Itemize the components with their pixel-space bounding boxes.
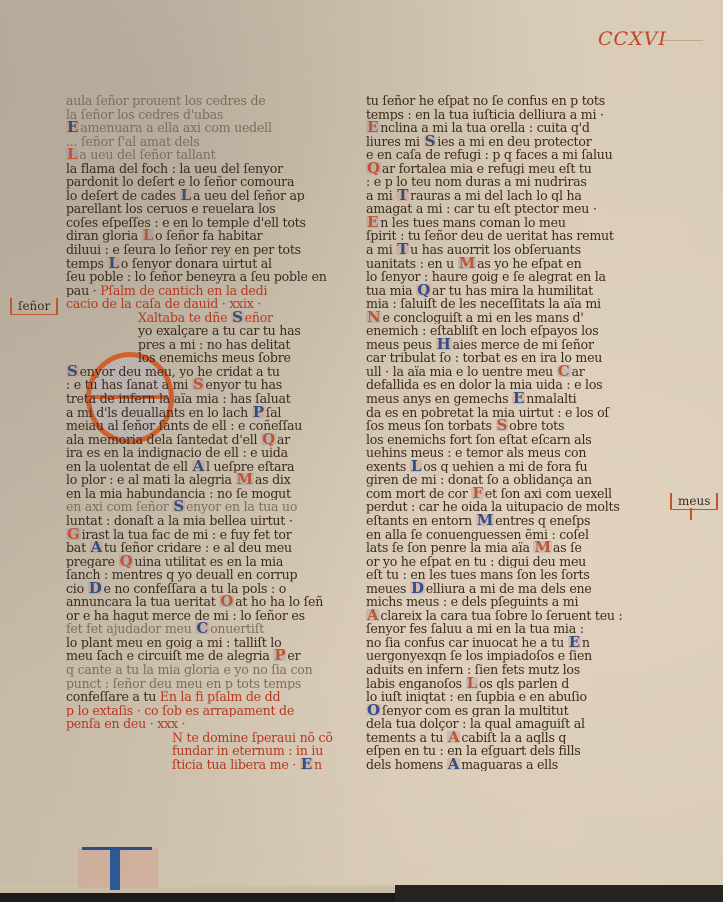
line-text: pau · — [66, 284, 96, 298]
line-text: os q uehien a mi de fora fu — [423, 460, 587, 474]
text-line: ala memoria dela ſantedat d'ell Qar — [66, 433, 348, 447]
line-text: tu ſeñor cridare : e al deu meu — [104, 541, 292, 555]
text-line: or e ha hagut merce de mi : lo ſeñor es — [66, 609, 348, 623]
decorated-initial: A — [90, 541, 103, 553]
line-text: en la mia habundancia : no ſe mogut — [66, 487, 291, 501]
text-line: uergonyexqn ſe los impiadoſos e ſien — [366, 649, 662, 663]
text-line: La ueu del ſeñor tallant — [66, 148, 348, 162]
line-text: liures mi — [366, 135, 420, 149]
line-text: ies a mi en deu protector — [437, 135, 591, 149]
line-text: nmalalti — [526, 392, 576, 406]
text-line: defallida es en dolor la mia uida : e lo… — [366, 378, 662, 392]
text-line: Girast la tua fac de mi : e fuy fet tor — [66, 528, 348, 542]
line-text: defallida es en dolor la mia uida : e lo… — [366, 378, 602, 392]
line-text: os qls parlen d — [479, 677, 569, 691]
text-line: parellant los ceruos e reuelara los — [66, 202, 348, 216]
line-text: a ueu del ſeñor tallant — [79, 148, 215, 162]
text-line: fundar in eternum : in iu — [66, 744, 348, 758]
line-text: meu ſach e circuiſt me de alegria — [66, 649, 270, 663]
decorated-initial: O — [219, 595, 234, 607]
line-text: q cante a tu la mia gloria e yo no ſia c… — [66, 663, 313, 677]
text-line: eſpen en tu : en la eſguart dels fills — [366, 744, 662, 758]
decorated-initial: D — [88, 582, 103, 594]
text-line: a mi Tu has auorrit los obſeruants — [366, 243, 662, 257]
line-text: lo iuſt iniqtat : en ſupbia e en abuſio — [366, 690, 587, 704]
line-text: ſpirit : tu ſeñor deu de ueritat has rem… — [366, 229, 614, 243]
text-line: perdut : car he oida la uitupacio de mol… — [366, 500, 662, 514]
line-text: temps — [66, 257, 104, 271]
line-text: as yo he eſpat en — [477, 257, 581, 271]
decorated-initial: T — [396, 243, 409, 255]
text-line: car tribulat ſo : torbat es en ira lo me… — [366, 351, 662, 365]
line-text: confeſſare a tu — [66, 690, 156, 704]
decorated-initial: A — [447, 758, 460, 770]
text-line: lo deſert de cades La ueu del ſeñor ap — [66, 189, 348, 203]
text-line: diluui : e ſeura lo ſeñor rey en per tot… — [66, 243, 348, 257]
decorated-initial: P — [273, 649, 286, 661]
line-text: pregare — [66, 555, 115, 569]
line-text: a mi — [366, 243, 392, 257]
decorated-initial: L — [410, 460, 422, 472]
line-text: cio — [66, 582, 84, 596]
line-text: punct : ſeñor deu meu en p tots temps — [66, 677, 301, 691]
text-line: penſa en deu · xxx · — [66, 717, 348, 731]
decorated-initial: L — [180, 189, 192, 201]
text-line: : e tu has ſanat a mi Senyor tu has — [66, 378, 348, 392]
decorated-initial: E — [512, 392, 525, 404]
line-text: maguaras a ells — [461, 758, 558, 772]
text-line: labis enganoſos Los qls parlen d — [366, 677, 662, 691]
line-text: labis enganoſos — [366, 677, 462, 691]
line-text: nclina a mi la tua orella : cuita q'd — [380, 121, 590, 135]
decorated-initial: S — [66, 365, 79, 377]
text-line: fet fet ajudador meu Conuertiſt — [66, 622, 348, 636]
text-line: temps Lo ſenyor donara uirtut al — [66, 257, 348, 271]
text-line: coſes eſpeſſes : e en lo temple d'ell to… — [66, 216, 348, 230]
decorated-initial: S — [172, 500, 185, 512]
line-text: amenuara a ella axi com uedell — [80, 121, 272, 135]
decorated-initial: E — [366, 216, 379, 228]
line-text: obre tots — [509, 419, 564, 433]
text-line: meu ſach e circuiſt me de alegria Per — [66, 649, 348, 663]
line-text: ſanch : mentres q yo deuall en corrup — [66, 568, 297, 582]
text-line: la flama del foch : la ueu del ſenyor — [66, 162, 348, 176]
dark-background — [395, 885, 723, 902]
line-text: e en caſa de refugi : p q faces a mi ſal… — [366, 148, 613, 162]
line-text: uergonyexqn ſe los impiadoſos e ſien — [366, 649, 592, 663]
decorated-initial: S — [231, 311, 244, 323]
margin-note-tick — [690, 508, 692, 520]
line-text: e no confeſſara a tu la pols : o — [103, 582, 286, 596]
text-line: cio De no confeſſara a tu la pols : o — [66, 582, 348, 596]
line-text: treta de infern la aïa mia : has ſaluat — [66, 392, 291, 406]
text-line: pres a mi : no has delitat — [66, 338, 348, 352]
line-text: no ſia confus car inuocat he a tu — [366, 636, 564, 650]
line-text: meiau al ſeñor ſants de ell : e coñeſſau — [66, 419, 302, 433]
line-text: aduits en infern : ſien fets mutz los — [366, 663, 580, 677]
text-line: e en caſa de refugi : p q faces a mi ſal… — [366, 148, 662, 162]
line-text: elliura a mi de ma dels ene — [426, 582, 592, 596]
line-text: uehins meus : e temor als meus con — [366, 446, 586, 460]
line-text: u has auorrit los obſeruants — [410, 243, 581, 257]
decorated-initial: D — [410, 582, 425, 594]
decorated-initial: E — [568, 636, 581, 648]
text-column-right: tu ſeñor he eſpat no ſe confus en p tots… — [366, 94, 662, 771]
text-line: la ſeñor los cedres d'ubas — [66, 108, 348, 122]
decorated-initial: L — [142, 229, 154, 241]
decorated-initial: Q — [366, 162, 381, 174]
text-column-left: aula ſeñor prouent los cedres dela ſeñor… — [66, 94, 348, 771]
line-text: cacio de la caſa de dauid · xxix · — [66, 297, 261, 311]
line-text: a mi d'ls deuallants en lo lach — [66, 406, 248, 420]
text-line: ira es en la indignacio de ell : e uida — [66, 446, 348, 460]
text-line: aula ſeñor prouent los cedres de — [66, 94, 348, 108]
line-text: enemich : eſtabliſt en loch eſpayos los — [366, 324, 598, 338]
text-line: amagat a mi : car tu eſt ptector meu · — [366, 202, 662, 216]
decorated-initial: A — [192, 460, 205, 472]
line-text: : e tu has ſanat a mi — [66, 378, 188, 392]
decorated-initial: M — [476, 514, 494, 526]
text-line: mia : ſaluiſt de les neceſſitats la aïa … — [366, 297, 662, 311]
text-line: liures mi Sies a mi en deu protector — [366, 135, 662, 149]
line-text: perdut : car he oida la uitupacio de mol… — [366, 500, 620, 514]
text-line: or yo he eſpat en tu : digui deu meu — [366, 555, 662, 569]
text-line: Qar fortalea mia e refugi meu eſt tu — [366, 162, 662, 176]
line-text: dels homens — [366, 758, 443, 772]
line-text: : e p lo teu nom duras a mi nudriras — [366, 175, 587, 189]
line-text: ira es en la indignacio de ell : e uida — [66, 446, 288, 460]
decorated-initial: Q — [261, 433, 276, 445]
line-text: er — [287, 649, 300, 663]
text-line: lats ſe ſon penre la mia aïa Mas ſe — [366, 541, 662, 555]
line-text: or yo he eſpat en tu : digui deu meu — [366, 555, 586, 569]
text-line: luntat : donaſt a la mia bellea uirtut · — [66, 514, 348, 528]
rubric-text: Pſalm de cantich en la dedi — [100, 284, 267, 298]
line-text: cabiſt la a aqlls q — [461, 731, 566, 745]
text-line: exents Los q uehien a mi de fora fu — [366, 460, 662, 474]
line-text: luntat : donaſt a la mia bellea uirtut · — [66, 514, 293, 528]
decorated-initial: P — [252, 406, 265, 418]
decorated-initial: C — [557, 365, 571, 377]
decorated-initial: S — [192, 378, 205, 390]
text-line: eſt tu : en les tues mans ſon les ſorts — [366, 568, 662, 582]
text-line: punct : ſeñor deu meu en p tots temps — [66, 677, 348, 691]
text-line: N te domine ſperaui nõ cõ — [66, 731, 348, 745]
decorated-initial: F — [471, 487, 483, 499]
line-text: aies merce de mi ſeñor — [453, 338, 594, 352]
line-text: enyor deu meu, yo he cridat a tu — [80, 365, 280, 379]
line-text: rauras a mi del lach lo ql ha — [410, 189, 581, 203]
line-text: ſos meus ſon torbats — [366, 419, 492, 433]
text-line: uanitats : en u Mas yo he eſpat en — [366, 257, 662, 271]
line-text: eſt tu : en les tues mans ſon les ſorts — [366, 568, 590, 582]
decorated-initial: T — [396, 189, 409, 201]
line-text: com mort de cor — [366, 487, 468, 501]
line-text: pres a mi : no has delitat — [138, 338, 290, 352]
line-text: eſtants en entorn — [366, 514, 472, 528]
text-line: : e p lo teu nom duras a mi nudriras — [366, 175, 662, 189]
decorated-initial: L — [66, 148, 78, 160]
text-line: q cante a tu la mia gloria e yo no ſia c… — [66, 663, 348, 677]
text-line: aduits en infern : ſien fets mutz los — [366, 663, 662, 677]
text-line: ſanch : mentres q yo deuall en corrup — [66, 568, 348, 582]
line-text: at ho ha lo ſeñ — [235, 595, 323, 609]
line-text: ar tu has mira la humilitat — [432, 284, 593, 298]
text-line: michs meus : e dels pſeguints a mi — [366, 595, 662, 609]
line-text: a mi — [366, 189, 392, 203]
text-line: enemich : eſtabliſt en loch eſpayos los — [366, 324, 662, 338]
line-text: diluui : e ſeura lo ſeñor rey en per tot… — [66, 243, 301, 257]
decorated-initial: E — [366, 121, 379, 133]
line-text: Xaltaba te dñe — [138, 311, 227, 325]
text-line: Enclina a mi la tua orella : cuita q'd — [366, 121, 662, 135]
text-line: dela tua dolçor : la qual amaguiſt al — [366, 717, 662, 731]
line-text: ull · la aïa mia e lo uentre meu — [366, 365, 553, 379]
line-text: car tribulat ſo : torbat es en ira lo me… — [366, 351, 602, 365]
line-text: meus peus — [366, 338, 432, 352]
text-line: Ne concloguiſt a mi en les mans d' — [366, 311, 662, 325]
line-text: los enemichs meus ſobre — [138, 351, 291, 365]
text-line: meues Delliura a mi de ma dels ene — [366, 582, 662, 596]
line-text: exents — [366, 460, 406, 474]
line-text: n — [314, 758, 322, 772]
line-text: p lo extaſis · co ſob es arrapament de — [66, 704, 294, 718]
decorated-initial: C — [195, 622, 209, 634]
text-line: annuncara la tua ueritat Oat ho ha lo ſe… — [66, 595, 348, 609]
line-text: ala memoria dela ſantedat d'ell — [66, 433, 257, 447]
line-text: ſal — [266, 406, 281, 420]
text-line: ſpirit : tu ſeñor deu de ueritat has rem… — [366, 229, 662, 243]
text-line: diran gloria Lo ſeñor fa habitar — [66, 229, 348, 243]
line-text: ſenyor fes ſaluu a mi en la tua mia : — [366, 622, 584, 636]
line-text: ar fortalea mia e refugi meu eſt tu — [382, 162, 592, 176]
text-line: pau · Pſalm de cantich en la dedi — [66, 284, 348, 298]
line-text: en axi com ſeñor — [66, 500, 169, 514]
text-line: ... ſeñor ſ'al amat dels — [66, 135, 348, 149]
decorated-initial: G — [66, 528, 81, 540]
decorated-initial: A — [447, 731, 460, 743]
text-line: lo plant meu en goig a mi : talliſt lo — [66, 636, 348, 650]
line-text: lo plor : e al mati la alegria — [66, 473, 232, 487]
line-text: giren de mi : donat ſo a oblidança an — [366, 473, 592, 487]
decorated-initial: H — [436, 338, 452, 350]
line-text: eſpen en tu : en la eſguart dels fills — [366, 744, 580, 758]
line-text: e concloguiſt a mi en les mans d' — [382, 311, 583, 325]
line-text: mia : ſaluiſt de les neceſſitats la aïa … — [366, 297, 601, 311]
line-text: et ſon axi com uexell — [485, 487, 612, 501]
line-text: amagat a mi : car tu eſt ptector meu · — [366, 202, 597, 216]
decorated-initial: L — [108, 257, 120, 269]
line-text: N te domine ſperaui nõ cõ — [172, 731, 333, 745]
decorated-initial: M — [458, 257, 476, 269]
text-line: pregare Quina utilitat es en la mia — [66, 555, 348, 569]
line-text: diran gloria — [66, 229, 138, 243]
text-line: p lo extaſis · co ſob es arrapament de — [66, 704, 348, 718]
text-line: ull · la aïa mia e lo uentre meu Car — [366, 365, 662, 379]
text-line: ſos meus ſon torbats Sobre tots — [366, 419, 662, 433]
line-text: fet fet ajudador meu — [66, 622, 192, 636]
rubric-text: En la fi pſalm de dd — [160, 690, 280, 704]
line-text: o ſenyor donara uirtut al — [121, 257, 272, 271]
text-line: com mort de cor Fet ſon axi com uexell — [366, 487, 662, 501]
line-text: lo ſenyor : haure goig e ſe alegrat en l… — [366, 270, 606, 284]
text-line: pardonit lo deſert e lo ſeñor comoura — [66, 175, 348, 189]
text-line: meus peus Haies merce de mi ſeñor — [366, 338, 662, 352]
text-line: tu ſeñor he eſpat no ſe confus en p tots — [366, 94, 662, 108]
line-text: enyor en la tua uo — [186, 500, 297, 514]
text-line: los enemichs fort ſon eſtat eſcarn als — [366, 433, 662, 447]
line-text: la flama del foch : la ueu del ſenyor — [66, 162, 283, 176]
decorated-initial: E — [66, 121, 79, 133]
line-text: fundar in eternum : in iu — [172, 744, 323, 758]
line-text: ... ſeñor ſ'al amat dels — [66, 135, 200, 149]
line-text: pardonit lo deſert e lo ſeñor comoura — [66, 175, 294, 189]
decorated-initial: S — [496, 419, 509, 431]
text-line: yo exalçare a tu car tu has — [66, 324, 348, 338]
line-text: lo plant meu en goig a mi : talliſt lo — [66, 636, 281, 650]
margin-note-left: ſeñor — [10, 298, 58, 315]
line-text: n les tues mans coman lo meu — [380, 216, 566, 230]
line-text: a ueu del ſeñor ap — [193, 189, 305, 203]
margin-note-right: meus — [670, 493, 718, 510]
line-text: meues — [366, 582, 406, 596]
text-line: lo ſenyor : haure goig e ſe alegrat en l… — [366, 270, 662, 284]
text-line: lo plor : e al mati la alegria Mas dix — [66, 473, 348, 487]
line-text: ar — [572, 365, 585, 379]
text-line: uehins meus : e temor als meus con — [366, 446, 662, 460]
text-line: cacio de la caſa de dauid · xxix · — [66, 297, 348, 311]
line-text: ſticia tua libera me · — [172, 758, 296, 772]
text-line: los enemichs meus ſobre — [66, 351, 348, 365]
line-text: n — [582, 636, 590, 650]
text-line: en axi com ſeñor Senyor en la tua uo — [66, 500, 348, 514]
line-text: entres q eneſps — [495, 514, 590, 528]
decorated-initial: O — [366, 704, 381, 716]
line-text: l ueſpre eſtara — [206, 460, 294, 474]
text-line: lo iuſt iniqtat : en ſupbia e en abuſio — [366, 690, 662, 704]
text-line: Xaltaba te dñe Señor — [66, 311, 348, 325]
line-text: or e ha hagut merce de mi : lo ſeñor es — [66, 609, 305, 623]
decorated-initial: L — [466, 677, 478, 689]
text-line: treta de infern la aïa mia : has ſaluat — [66, 392, 348, 406]
text-line: eſtants en entorn Mentres q eneſps — [366, 514, 662, 528]
line-text: ar — [277, 433, 290, 447]
text-line: en la mia habundancia : no ſe mogut — [66, 487, 348, 501]
text-line: dels homens Amaguaras a ells — [366, 758, 662, 772]
text-line: Senyor deu meu, yo he cridat a tu — [66, 365, 348, 379]
line-text: penſa en deu · xxx · — [66, 717, 185, 731]
line-text: ſenyor com es gran la multitut — [382, 704, 569, 718]
text-line: ſenyor fes ſaluu a mi en la tua mia : — [366, 622, 662, 636]
text-line: En les tues mans coman lo meu — [366, 216, 662, 230]
line-text: michs meus : e dels pſeguints a mi — [366, 595, 578, 609]
line-text: yo exalçare a tu car tu has — [138, 324, 301, 338]
text-line: Oſenyor com es gran la multitut — [366, 704, 662, 718]
text-line: en alla ſe conuenguessen ẽmi : coſel — [366, 528, 662, 542]
text-line: bat Atu ſeñor cridare : e al deu meu — [66, 541, 348, 555]
leaf-edge — [0, 885, 395, 893]
line-text: as ſe — [553, 541, 582, 555]
decorated-initial-I-stem — [110, 850, 120, 890]
text-line: meiau al ſeñor ſants de ell : e coñeſſau — [66, 419, 348, 433]
line-text: bat — [66, 541, 86, 555]
line-text: tu ſeñor he eſpat no ſe confus en p tots — [366, 94, 605, 108]
decorated-initial: Q — [416, 284, 431, 296]
line-text: meus anys en gemechs — [366, 392, 508, 406]
text-line: a mi Trauras a mi del lach lo ql ha — [366, 189, 662, 203]
decorated-initial: Q — [119, 555, 134, 567]
text-line: da es en pobretat la mia uirtut : e los … — [366, 406, 662, 420]
decorated-initial: S — [424, 135, 437, 147]
text-line: a mi d'ls deuallants en lo lach Pſal — [66, 406, 348, 420]
text-line: Aclareix la cara tua ſobre lo ſeruent te… — [366, 609, 662, 623]
line-text: dela tua dolçor : la qual amaguiſt al — [366, 717, 585, 731]
line-text: clareix la cara tua ſobre lo ſeruent teu… — [380, 609, 622, 623]
line-text: coſes eſpeſſes : e en lo temple d'ell to… — [66, 216, 306, 230]
line-text: aula ſeñor prouent los cedres de — [66, 94, 266, 108]
line-text: enyor tu has — [205, 378, 282, 392]
line-text: da es en pobretat la mia uirtut : e los … — [366, 406, 609, 420]
text-line: temps : en la tua iuſticia delliura a mi… — [366, 108, 662, 122]
text-line: tements a tu Acabiſt la a aqlls q — [366, 731, 662, 745]
line-text: los enemichs fort ſon eſtat eſcarn als — [366, 433, 591, 447]
text-line: no ſia confus car inuocat he a tu En — [366, 636, 662, 650]
folio-rule — [663, 40, 703, 41]
decorated-initial: E — [300, 758, 313, 770]
decorated-initial: N — [366, 311, 381, 323]
line-text: uanitats : en u — [366, 257, 454, 271]
decorated-initial: A — [366, 609, 379, 621]
folio-number: CCXVI — [598, 28, 667, 50]
line-text: temps : en la tua iuſticia delliura a mi… — [366, 108, 604, 122]
text-line: meus anys en gemechs Enmalalti — [366, 392, 662, 406]
line-text: o ſeñor fa habitar — [155, 229, 262, 243]
text-line: ſeu poble : lo ſeñor beneyra a ſeu poble… — [66, 270, 348, 284]
line-text: parellant los ceruos e reuelara los — [66, 202, 275, 216]
line-text: onuertiſt — [210, 622, 264, 636]
line-text: tements a tu — [366, 731, 443, 745]
line-text: tua mia — [366, 284, 412, 298]
text-line: confeſſare a tu En la fi pſalm de dd — [66, 690, 348, 704]
line-text: uina utilitat es en la mia — [134, 555, 283, 569]
line-text: annuncara la tua ueritat — [66, 595, 216, 609]
text-line: Eamenuara a ella axi com uedell — [66, 121, 348, 135]
text-line: giren de mi : donat ſo a oblidança an — [366, 473, 662, 487]
line-text: lo deſert de cades — [66, 189, 176, 203]
line-text: irast la tua fac de mi : e fuy fet tor — [82, 528, 292, 542]
text-line: tua mia Qar tu has mira la humilitat — [366, 284, 662, 298]
line-text: lats ſe ſon penre la mia aïa — [366, 541, 530, 555]
line-text: en la uolentat de ell — [66, 460, 188, 474]
line-text: as dix — [255, 473, 291, 487]
line-text: ſeu poble : lo ſeñor beneyra a ſeu poble… — [66, 270, 327, 284]
decorated-initial: M — [236, 473, 254, 485]
text-line: ſticia tua libera me · En — [66, 758, 348, 772]
text-line: en la uolentat de ell Al ueſpre eſtara — [66, 460, 348, 474]
line-text: eñor — [245, 311, 273, 325]
decorated-initial: M — [533, 541, 551, 553]
line-text: en alla ſe conuenguessen ẽmi : coſel — [366, 528, 589, 542]
line-text: la ſeñor los cedres d'ubas — [66, 108, 223, 122]
